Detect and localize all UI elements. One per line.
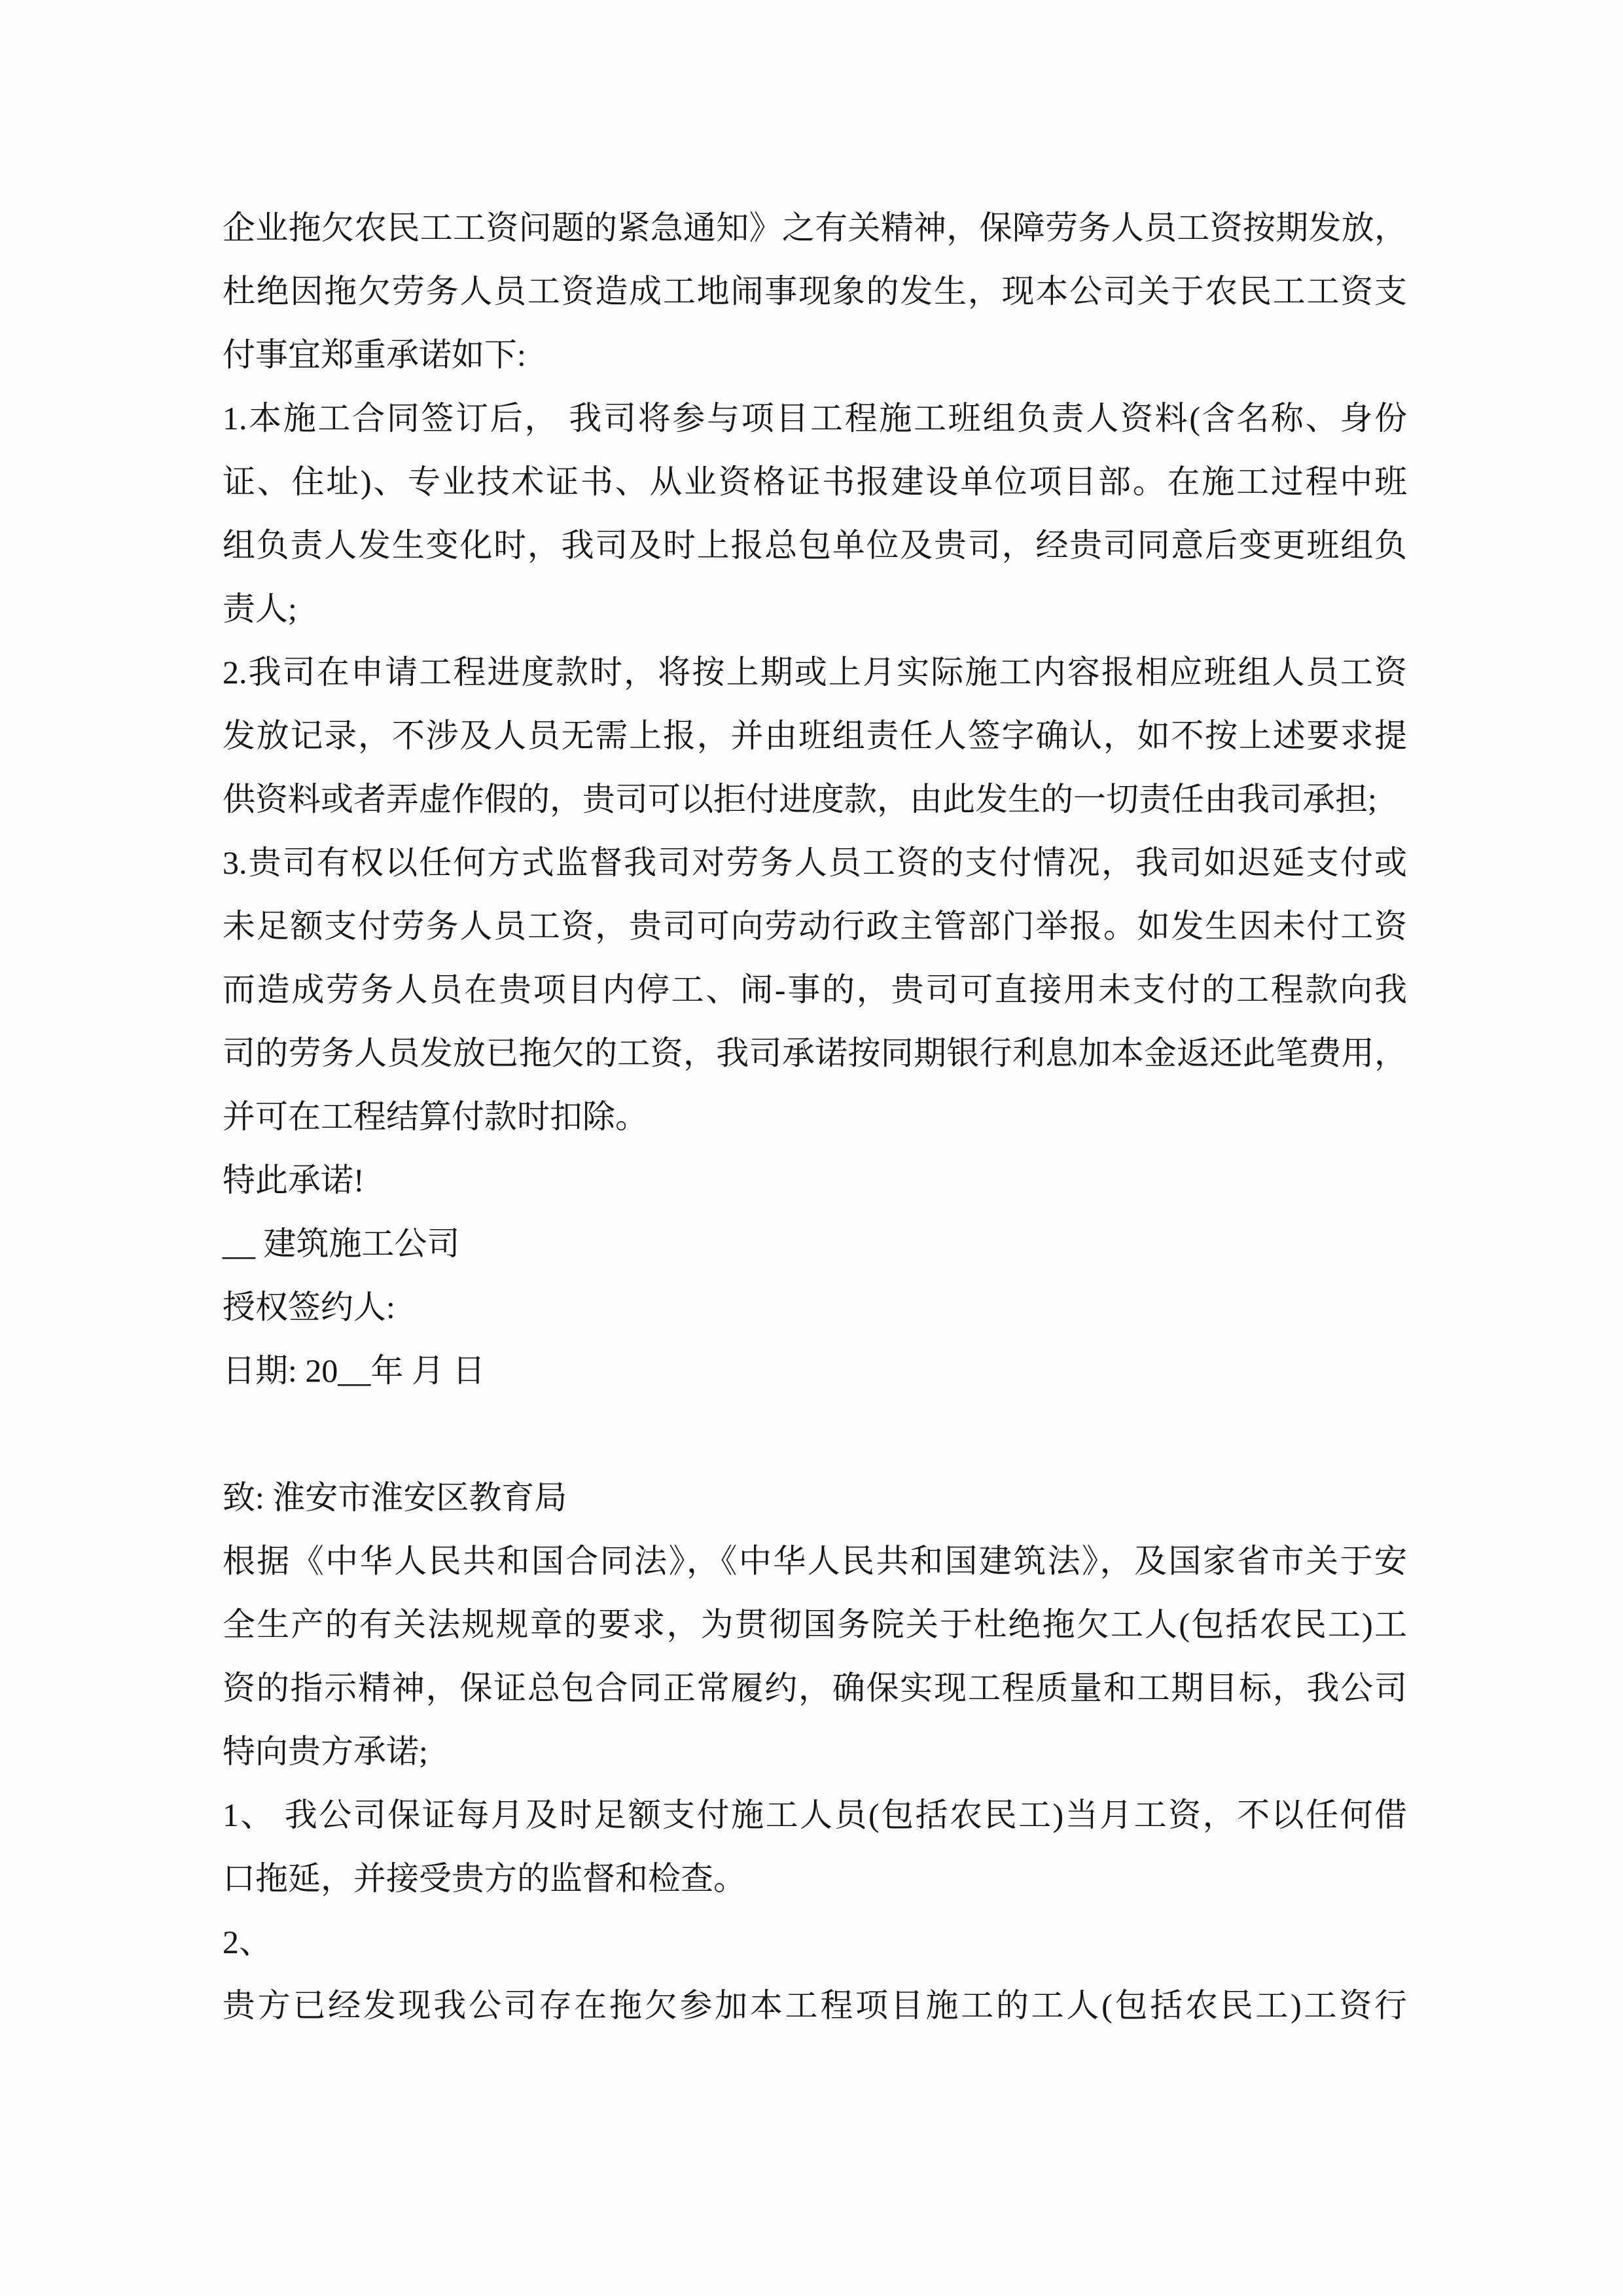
document-line: 根据《中华人民共和国合同法》，《中华人民共和国建筑法》，及国家省市关于安	[223, 1530, 1407, 1593]
document-line: 特此承诺!	[223, 1149, 1407, 1212]
document-line: 司的劳务人员发放已拖欠的工资，我司承诺按同期银行利息加本金返还此笔费用，	[223, 1022, 1407, 1085]
document-line: 企业拖欠农民工工资问题的紧急通知》之有关精神，保障劳务人员工资按期发放，	[223, 196, 1407, 260]
document-line: 1.本施工合同签订后， 我司将参与项目工程施工班组负责人资料(含名称、身份	[223, 387, 1407, 450]
document-line: 付事宜郑重承诺如下:	[223, 323, 1407, 387]
document-line: 特向贵方承诺;	[223, 1720, 1407, 1784]
document-line: 资的指示精神，保证总包合同正常履约，确保实现工程质量和工期目标，我公司	[223, 1657, 1407, 1720]
document-line: 1、 我公司保证每月及时足额支付施工人员(包括农民工)当月工资，不以任何借	[223, 1784, 1407, 1847]
document-line: 组负责人发生变化时，我司及时上报总包单位及贵司，经贵司同意后变更班组负	[223, 514, 1407, 577]
document-blank-line	[223, 1403, 1407, 1466]
document-page: 企业拖欠农民工工资问题的紧急通知》之有关精神，保障劳务人员工资按期发放， 杜绝因…	[0, 0, 1623, 2296]
document-line: 责人;	[223, 577, 1407, 641]
document-body: 企业拖欠农民工工资问题的紧急通知》之有关精神，保障劳务人员工资按期发放， 杜绝因…	[223, 196, 1407, 2037]
document-line: 2、	[223, 1910, 1407, 1974]
document-line: 日期: 20__年 月 日	[223, 1339, 1407, 1403]
document-line: 授权签约人:	[223, 1276, 1407, 1339]
document-line: 杜绝因拖欠劳务人员工资造成工地闹事现象的发生，现本公司关于农民工工资支	[223, 260, 1407, 323]
document-line: 致: 淮安市淮安区教育局	[223, 1466, 1407, 1530]
document-line: 全生产的有关法规规章的要求，为贯彻国务院关于杜绝拖欠工人(包括农民工)工	[223, 1593, 1407, 1657]
document-line: 贵方已经发现我公司存在拖欠参加本工程项目施工的工人(包括农民工)工资行	[223, 1974, 1407, 2037]
document-line: 发放记录，不涉及人员无需上报，并由班组责任人签字确认，如不按上述要求提	[223, 704, 1407, 768]
document-line: 口拖延，并接受贵方的监督和检查。	[223, 1847, 1407, 1910]
document-line: 未足额支付劳务人员工资，贵司可向劳动行政主管部门举报。如发生因未付工资	[223, 895, 1407, 958]
document-line: 并可在工程结算付款时扣除。	[223, 1085, 1407, 1149]
document-line: __ 建筑施工公司	[223, 1212, 1407, 1276]
document-line: 2.我司在申请工程进度款时，将按上期或上月实际施工内容报相应班组人员工资	[223, 641, 1407, 704]
document-line: 3.贵司有权以任何方式监督我司对劳务人员工资的支付情况，我司如迟延支付或	[223, 831, 1407, 895]
document-line: 而造成劳务人员在贵项目内停工、闹-事的，贵司可直接用未支付的工程款向我	[223, 958, 1407, 1022]
document-line: 供资料或者弄虚作假的，贵司可以拒付进度款，由此发生的一切责任由我司承担;	[223, 768, 1407, 831]
document-line: 证、住址)、专业技术证书、从业资格证书报建设单位项目部。在施工过程中班	[223, 450, 1407, 514]
